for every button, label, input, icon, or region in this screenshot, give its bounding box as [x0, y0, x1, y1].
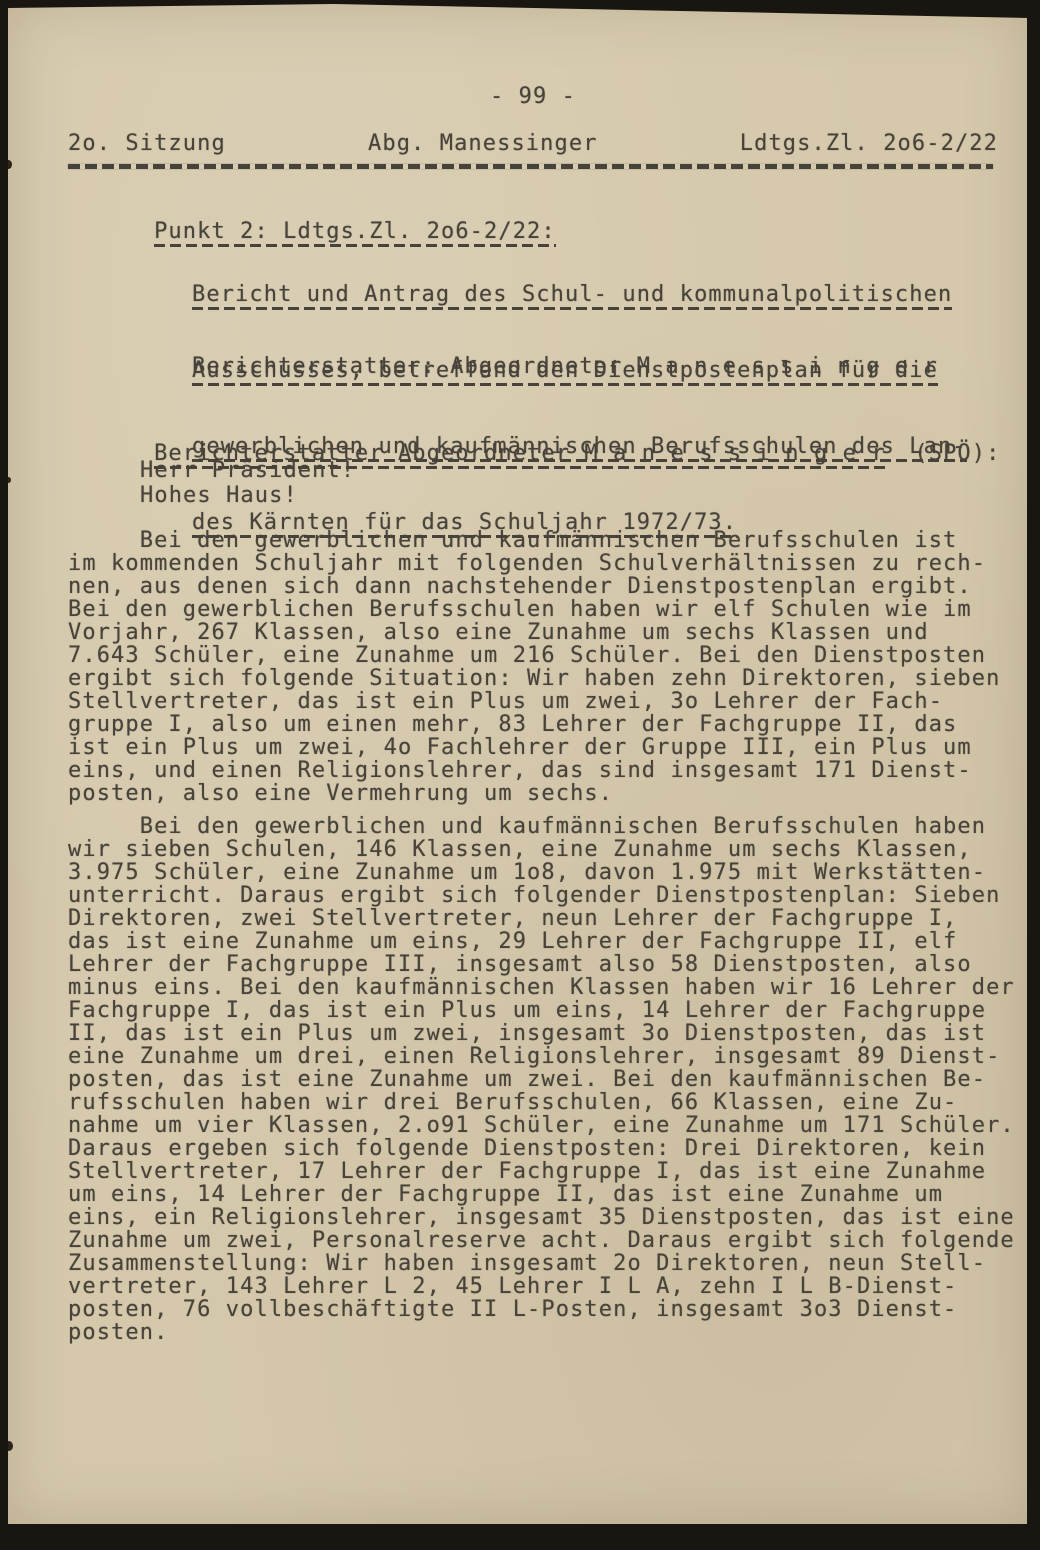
- header-document-ref: Ldtgs.Zl. 2o6-2/22: [740, 132, 998, 155]
- scanned-page: { "colors": { "paper": "#d5c8ab", "ink":…: [0, 0, 1040, 1550]
- page-number: - 99 -: [68, 85, 998, 108]
- salutation-line: Hohes Haus!: [140, 484, 298, 507]
- paper-sheet: - 99 - 2o. Sitzung Abg. Manessinger Ldtg…: [8, 3, 1027, 1524]
- scan-speck: [5, 160, 12, 169]
- scan-speck: [5, 1441, 13, 1451]
- header-rule: [68, 164, 993, 169]
- speaker-party: (SPÖ):: [886, 441, 1001, 466]
- header-session-label: 2o. Sitzung: [68, 132, 226, 155]
- scan-speck: [6, 477, 11, 483]
- speech-paragraph-2: Bei den gewerblichen und kaufmännischen …: [68, 815, 1015, 1344]
- agenda-title-line: Bericht und Antrag des Schul- und kommun…: [192, 283, 952, 310]
- rapporteur-line: Berichterstatter: Abgeordneter M a n e s…: [192, 355, 938, 378]
- page-header: 2o. Sitzung Abg. Manessinger Ldtgs.Zl. 2…: [68, 132, 998, 155]
- salutation-line: Herr Präsident!: [140, 459, 355, 482]
- speech-paragraph-1: Bei den gewerblichen und kaufmännischen …: [68, 529, 1000, 805]
- header-speaker-name: Abg. Manessinger: [368, 132, 598, 155]
